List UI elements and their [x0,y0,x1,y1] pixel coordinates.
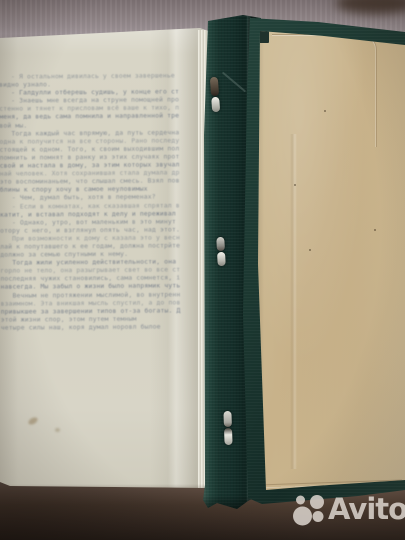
fastener-head [216,237,225,251]
pastedown-page [254,14,405,511]
avito-logo-icon [290,492,325,527]
back-cover-board [238,14,405,511]
typewritten-text-block: - Я остальном дивилась у своем завершень… [0,71,199,372]
metal-fastener-middle [215,237,227,266]
avito-wordmark: Avito [328,492,405,526]
paper-speck [309,249,311,251]
paper-speck [294,184,296,186]
stain [55,428,60,432]
spine-fold-crease [222,72,246,93]
text-line: - Я остальном дивилась у своем завершень… [0,71,197,80]
pastedown-impression-frame [272,34,377,147]
fastener-head [210,77,219,97]
paper-speck [374,229,376,231]
avito-watermark: Avito [290,492,405,527]
fastener-prong [224,428,233,445]
left-page: - Я остальном дивилась у своем завершень… [0,28,214,492]
text-line [1,355,199,364]
photo-scene: - Я остальном дивилась у своем завершень… [0,0,405,540]
metal-fastener-bottom [222,411,233,445]
pastedown-notch [259,30,269,43]
pastedown-impression-bottom [260,480,402,488]
fastener-prong [211,97,220,113]
metal-fastener-top [209,77,221,113]
text-line: меня, да ведь сама помнила и направленно… [0,112,197,121]
paper-speck [324,110,326,112]
fastener-head [223,411,232,427]
stain [27,416,39,426]
fastener-prong [217,252,226,266]
